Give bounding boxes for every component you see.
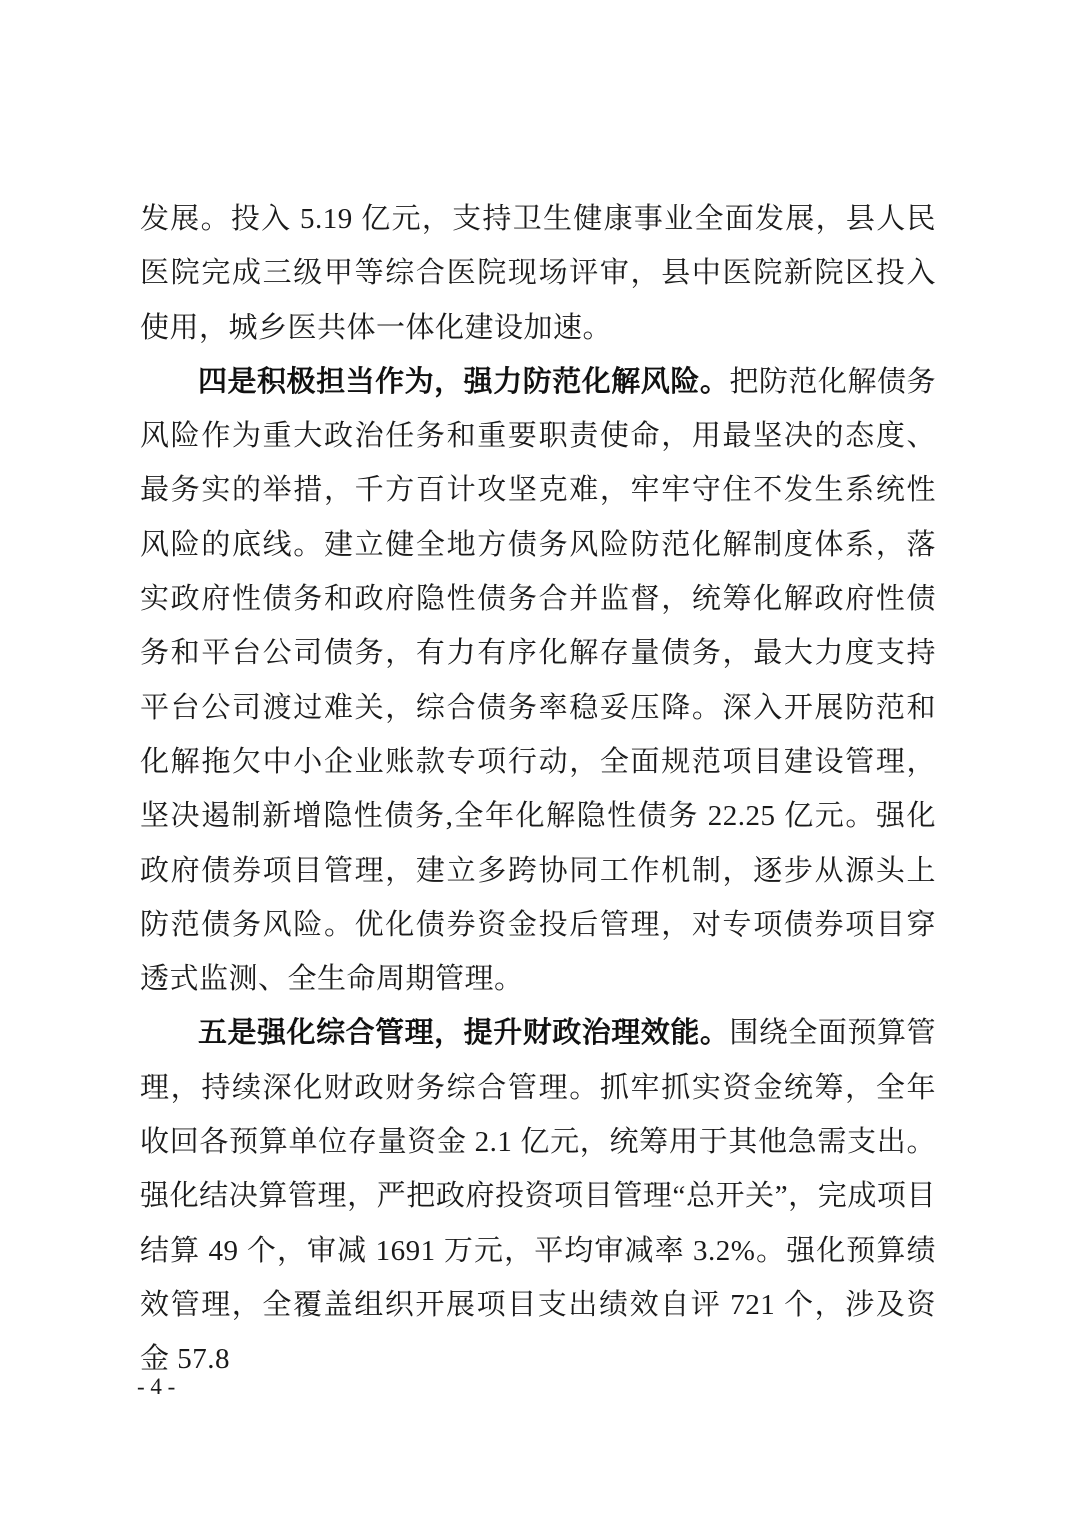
page-number: - 4 - [137,1373,175,1401]
paragraph-lead: 四是积极担当作为，强力防范化解风险。 [198,366,729,398]
paragraph-lead: 五是强化综合管理，提升财政治理效能。 [198,1017,729,1049]
paragraph: 五是强化综合管理，提升财政治理效能。围绕全面预算管理，持续深化财政财务综合管理。… [140,1006,936,1386]
document-page: 发展。投入 5.19 亿元，支持卫生健康事业全面发展，县人民医院完成三级甲等综合… [0,0,1069,1514]
document-body: 发展。投入 5.19 亿元，支持卫生健康事业全面发展，县人民医院完成三级甲等综合… [140,192,936,1387]
paragraph-text: 围绕全面预算管理，持续深化财政财务综合管理。抓牢抓实资金统筹，全年收回各预算单位… [140,1017,936,1375]
paragraph: 四是积极担当作为，强力防范化解风险。把防范化解债务风险作为重大政治任务和重要职责… [140,355,936,1007]
paragraph: 发展。投入 5.19 亿元，支持卫生健康事业全面发展，县人民医院完成三级甲等综合… [140,192,936,355]
paragraph-text: 发展。投入 5.19 亿元，支持卫生健康事业全面发展，县人民医院完成三级甲等综合… [140,203,936,344]
paragraph-text: 把防范化解债务风险作为重大政治任务和重要职责使命，用最坚决的态度、最务实的举措，… [140,366,936,995]
